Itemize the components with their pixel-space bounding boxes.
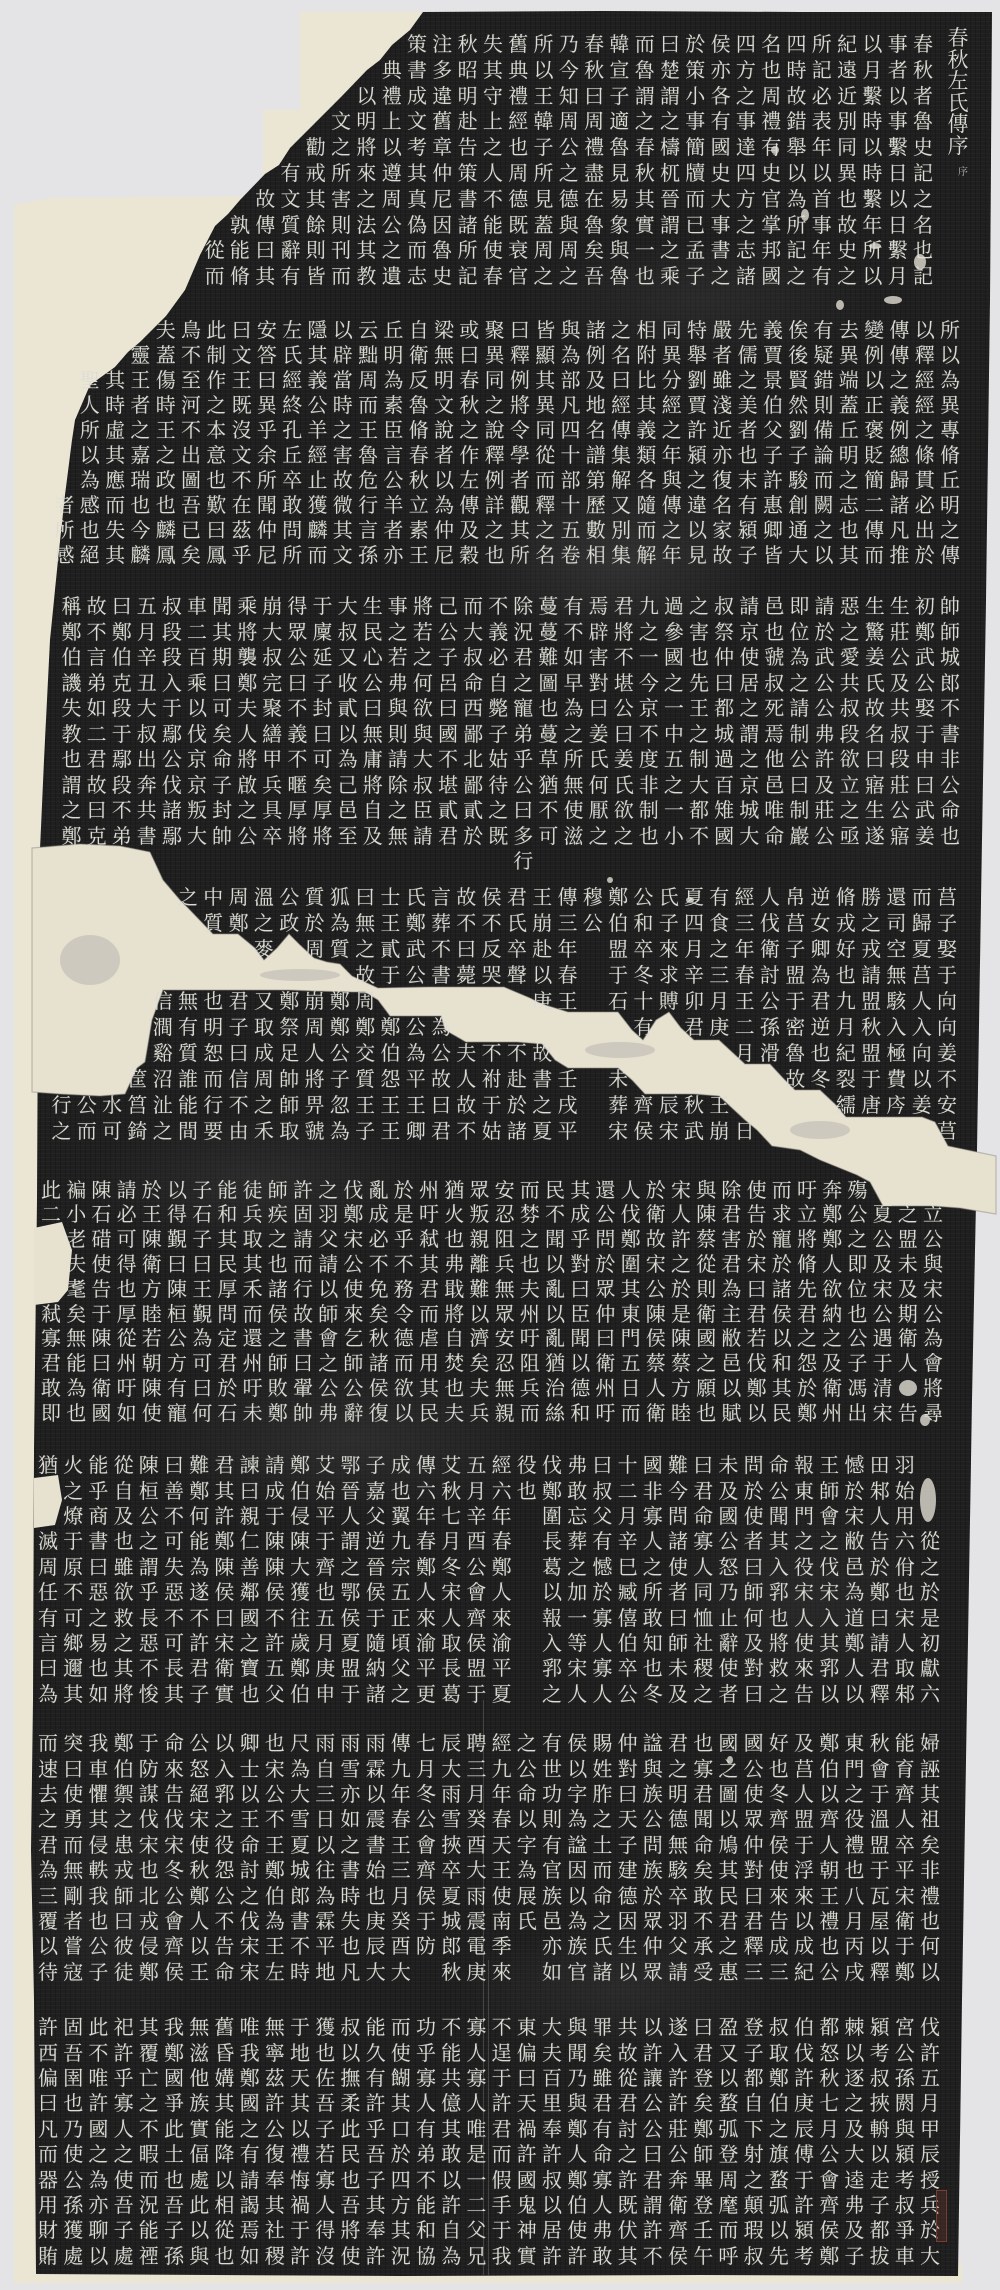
edge-damage [34,1222,72,1305]
glyph: 左 [948,71,969,93]
rubbing-sheet: 春秋左氏傳序 □序 春秋者魯史記之名也記事者以事繫日以日繫月以月繫時以時繫年所以… [0,0,1000,2290]
diagonal-tear [32,844,996,1214]
edge-damage [34,1475,62,1528]
glyph: 序 [948,136,969,158]
title-annotation: □序 [957,156,969,178]
glyph: 傳 [948,114,969,136]
surface-blotches [607,146,936,1764]
glyph: 春 [948,28,969,50]
glyph: 氏 [948,93,969,115]
damage-overlay [0,0,1000,2290]
glyph: 序 [958,167,968,178]
glyph: 秋 [948,50,969,72]
document-title: 春秋左氏傳序 [945,28,971,157]
collector-seal [936,2190,947,2242]
